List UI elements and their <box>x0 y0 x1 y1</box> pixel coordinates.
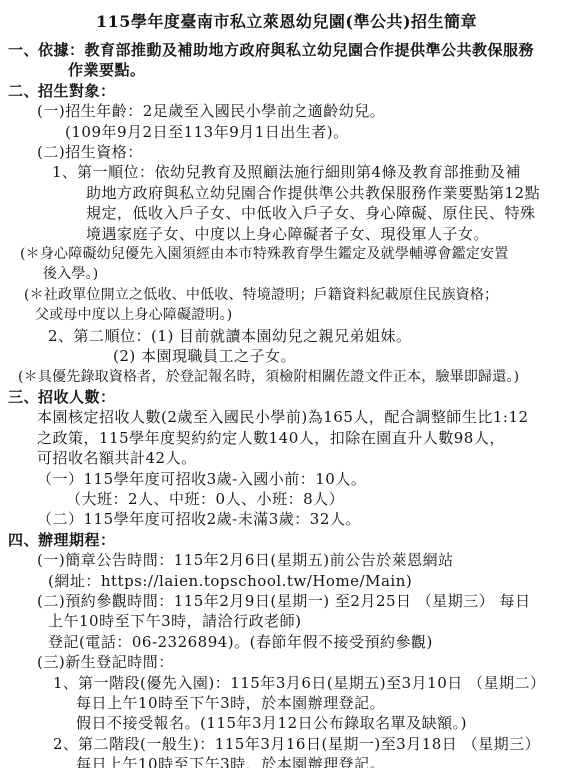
certificate-note-line-1: (＊社政單位開立之低收、中低收、特境證明；戶籍資料紀載原住民族資格； <box>0 285 573 305</box>
qualification-heading: (二)招生資格： <box>0 142 573 162</box>
section-schedule-heading: 四、 辦理期程： <box>0 530 573 550</box>
section-target-number: 二、 <box>8 81 38 101</box>
section-quota-heading: 三、 招收人數： <box>0 387 573 407</box>
first-priority-line-3: 規定，低收入戶子女、中低收入戶子女、身心障礙、原住民、特殊 <box>0 203 573 223</box>
section-basis-heading-text: 依據：教育部推動及補助地方政府與私立幼兒園合作提供準公共教保服務 <box>38 40 534 60</box>
section-basis-heading: 一、 依據：教育部推動及補助地方政府與私立幼兒園合作提供準公共教保服務 <box>0 40 573 60</box>
section-target-heading: 二、 招生對象： <box>0 81 573 101</box>
section-quota-heading-text: 招收人數： <box>38 387 116 407</box>
stage1-line-3: 假日不接受報名。(115年3月12日公布錄取名單及缺額。) <box>0 713 573 733</box>
stage1-line-1: 1、 第一階段(優先入園)：115年3月6日(星期五)至3月10日 （星期二） <box>0 673 573 693</box>
disability-note-line-2: 後入學。) <box>0 264 573 284</box>
section-target-heading-text: 招生對象： <box>38 81 116 101</box>
stage2-number: 2、 <box>53 734 78 754</box>
stage2-text-1: 第二階段(一般生)：115年3月16日(星期一)至3月18日 （星期三） <box>78 734 540 754</box>
first-priority-line-4: 境遇家庭子女、中度以上身心障礙者子女、現役軍人子女。 <box>0 224 573 244</box>
registration-heading: (三)新生登記時間： <box>0 652 573 672</box>
certificate-note-line-2: 父或母中度以上身心障礙證明。) <box>0 305 573 325</box>
announcement-time-line: (一)簡章公告時間：115年2月6日(星期五)前公告於萊恩網站 <box>0 550 573 570</box>
first-priority-line-2: 助地方政府與私立幼兒園合作提供準公共教保服務作業要點第12點 <box>0 183 573 203</box>
page-title: 115學年度臺南市私立萊恩幼兒園(準公共)招生簡章 <box>0 9 573 34</box>
section-quota-number: 三、 <box>8 387 38 407</box>
stage1-number: 1、 <box>53 673 78 693</box>
second-priority-line-1: 2、第二順位：(1) 目前就讀本園幼兒之親兄弟姐妹。 <box>0 326 573 346</box>
stage2-line-2: 每日上午10時至下午3時，於本園辦理登記。 <box>0 754 573 768</box>
stage2-line-1: 2、 第二階段(一般生)：115年3月16日(星期一)至3月18日 （星期三） <box>0 734 573 754</box>
priority-document-note: (＊具優先錄取資格者，於登記報名時，須檢附相關佐證文件正本，驗畢即歸還。) <box>0 367 573 387</box>
disability-note-line-1: (＊身心障礙幼兒優先入園須經由本市特殊教育學生鑑定及就學輔導會鑑定安置 <box>0 244 573 264</box>
section-schedule-heading-text: 辦理期程： <box>38 530 116 550</box>
website-line: (網址：https://laien.topschool.tw/Home/Main… <box>0 571 573 591</box>
quota-body-line-2: 之政策，115學年度契約約定人數140人，扣除在園直升人數98人， <box>0 428 573 448</box>
first-priority-line-1: 1、 第一順位：依幼兒教育及照顧法施行細則第4條及教育部推動及補 <box>0 162 573 182</box>
quota-item-3yo: （一）115學年度可招收3歲-入國小前：10人。 <box>0 469 573 489</box>
birthdate-range-line: (109年9月2日至113年9月1日出生者)。 <box>0 122 573 142</box>
quota-item-3yo-detail: （大班：2人、中班：0人、小班：8人） <box>0 489 573 509</box>
section-basis-continuation: 作業要點。 <box>0 60 573 80</box>
stage1-text-1: 第一階段(優先入園)：115年3月6日(星期五)至3月10日 （星期二） <box>78 673 546 693</box>
visit-time-line-1: (二)預約參觀時間：115年2月9日(星期一) 至2月25日 （星期三） 每日 <box>0 591 573 611</box>
quota-body-line-1: 本園核定招收人數(2歲至入國民小學前)為165人，配合調整師生比1:12 <box>0 407 573 427</box>
quota-item-2yo: （二）115學年度可招收2歲-未滿3歲：32人。 <box>0 509 573 529</box>
section-schedule-number: 四、 <box>8 530 38 550</box>
second-priority-line-2: (2) 本園現職員工之子女。 <box>0 346 573 366</box>
enrollment-notice-document: 115學年度臺南市私立萊恩幼兒園(準公共)招生簡章 一、 依據：教育部推動及補助… <box>0 0 573 768</box>
visit-phone-line: 登記(電話：06-2326894)。(春節年假不接受預約參觀) <box>0 632 573 652</box>
first-priority-text-1: 第一順位：依幼兒教育及照顧法施行細則第4條及教育部推動及補 <box>77 162 521 182</box>
quota-body-line-3: 可招收名額共計42人。 <box>0 448 573 468</box>
stage1-line-2: 每日上午10時至下午3時，於本園辦理登記。 <box>0 693 573 713</box>
first-priority-number: 1、 <box>52 162 77 182</box>
admission-age-line: (一)招生年齡：2足歲至入國民小學前之適齡幼兒。 <box>0 101 573 121</box>
visit-time-line-2: 上午10時至下午3時，請洽行政老師) <box>0 611 573 631</box>
section-basis-number: 一、 <box>8 40 38 60</box>
